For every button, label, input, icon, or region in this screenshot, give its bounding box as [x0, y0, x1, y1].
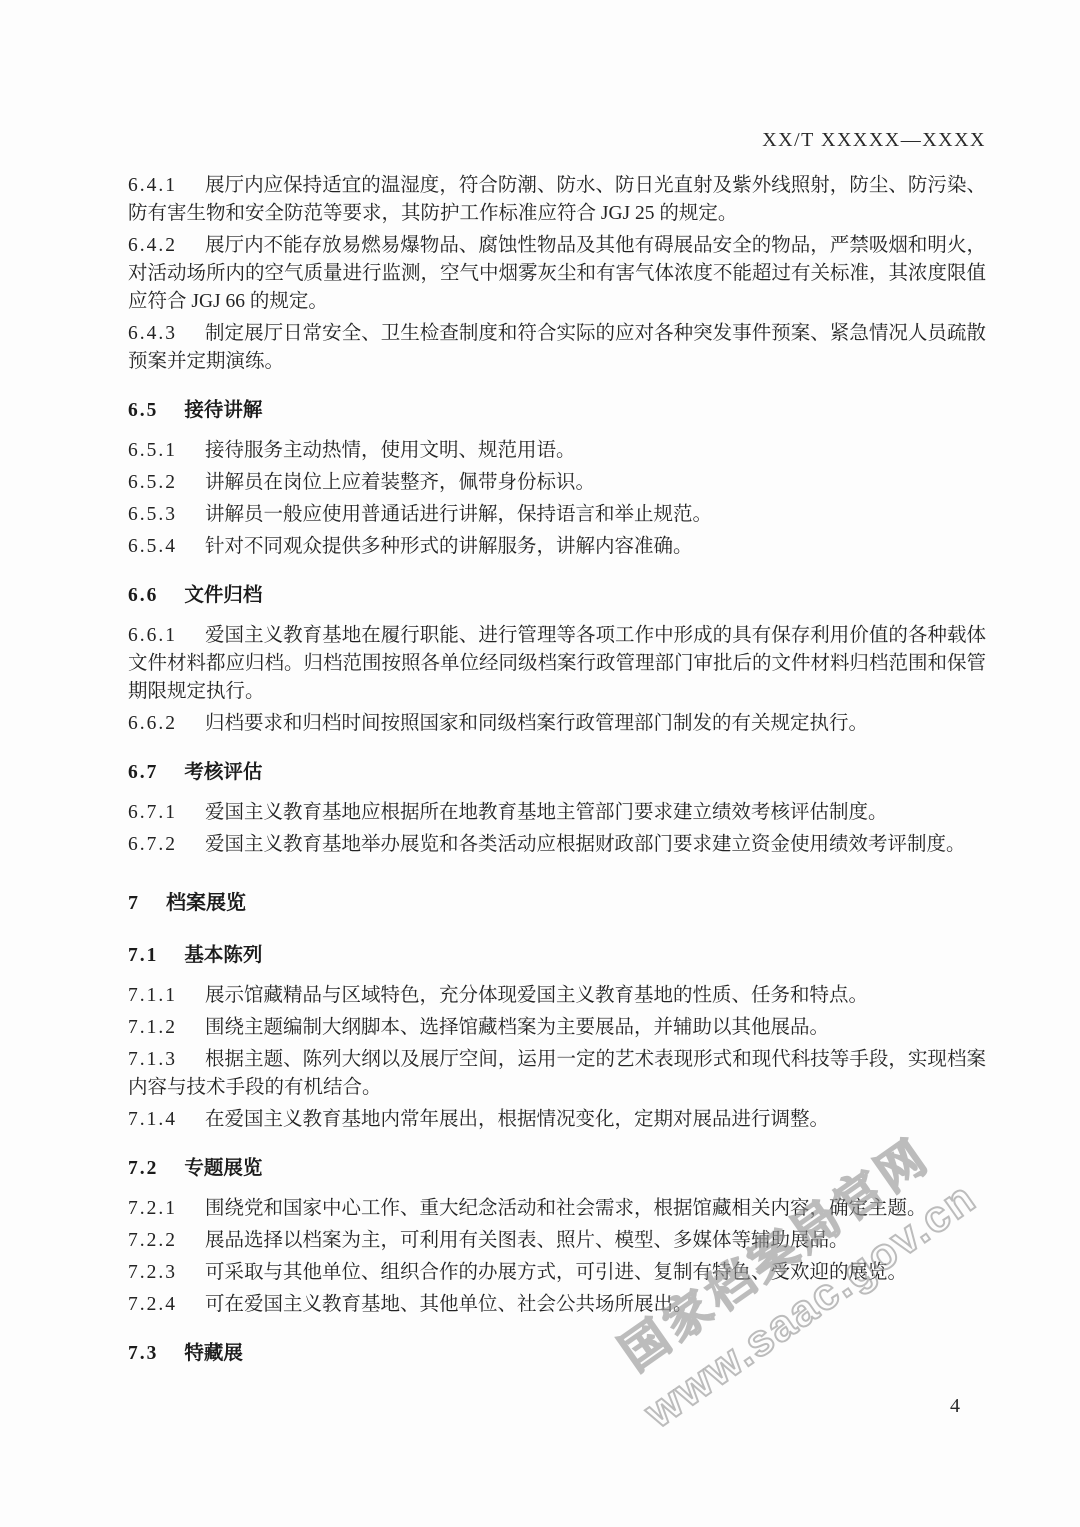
clause-text: 围绕党和国家中心工作、重大纪念活动和社会需求，根据馆藏相关内容，确定主题。 [205, 1198, 927, 1219]
clause-text: 针对不同观众提供多种形式的讲解服务，讲解内容准确。 [205, 536, 693, 557]
clause-number: 6.5.3 [128, 504, 177, 525]
section-heading-7.3: 7.3特藏展 [128, 1339, 986, 1368]
clause-number: 6.6 [128, 585, 158, 606]
clause-6.5.4: 6.5.4针对不同观众提供多种形式的讲解服务，讲解内容准确。 [128, 533, 986, 561]
clause-number: 7.1.4 [128, 1109, 177, 1130]
clause-7.2.2: 7.2.2展品选择以档案为主，可利用有关图表、照片、模型、多媒体等辅助展品。 [128, 1227, 986, 1255]
clause-text: 制定展厅日常安全、卫生检查制度和符合实际的应对各种突发事件预案、紧急情况人员疏散… [128, 323, 986, 372]
clause-text: 展示馆藏精品与区域特色，充分体现爱国主义教育基地的性质、任务和特点。 [205, 985, 868, 1006]
clause-number: 6.5.2 [128, 472, 177, 493]
clause-6.4.2: 6.4.2展厅内不能存放易燃易爆物品、腐蚀性物品及其他有碍展品安全的物品，严禁吸… [128, 232, 986, 316]
section-heading-6.7: 6.7考核评估 [128, 758, 986, 787]
clause-7.2.1: 7.2.1围绕党和国家中心工作、重大纪念活动和社会需求，根据馆藏相关内容，确定主… [128, 1195, 986, 1223]
clause-number: 6.5.4 [128, 536, 177, 557]
clause-number: 6.4.3 [128, 323, 177, 344]
clause-text: 根据主题、陈列大纲以及展厅空间，运用一定的艺术表现形式和现代科技等手段，实现档案… [128, 1049, 986, 1098]
clause-6.5.3: 6.5.3讲解员一般应使用普通话进行讲解，保持语言和举止规范。 [128, 501, 986, 529]
clause-7.2.3: 7.2.3可采取与其他单位、组织合作的办展方式，可引进、复制有特色、受欢迎的展览… [128, 1259, 986, 1287]
section-title: 特藏展 [184, 1342, 243, 1364]
clause-6.6.1: 6.6.1爱国主义教育基地在履行职能、进行管理等各项工作中形成的具有保存利用价值… [128, 622, 986, 706]
section-title: 考核评估 [184, 761, 262, 783]
clause-7.1.4: 7.1.4在爱国主义教育基地内常年展出，根据情况变化，定期对展品进行调整。 [128, 1106, 986, 1134]
clause-6.7.2: 6.7.2爱国主义教育基地举办展览和各类活动应根据财政部门要求建立资金使用绩效考… [128, 831, 986, 859]
clause-text: 在爱国主义教育基地内常年展出，根据情况变化，定期对展品进行调整。 [205, 1109, 829, 1130]
clause-text: 爱国主义教育基地举办展览和各类活动应根据财政部门要求建立资金使用绩效考评制度。 [205, 834, 966, 855]
clause-number: 7.1 [128, 945, 158, 966]
clause-number: 7.2 [128, 1158, 158, 1179]
clause-text: 展品选择以档案为主，可利用有关图表、照片、模型、多媒体等辅助展品。 [205, 1230, 849, 1251]
doc-code-header: XX/T XXXXX—XXXX [762, 129, 986, 152]
chapter-title: 档案展览 [166, 892, 246, 914]
clause-number: 6.7.1 [128, 802, 177, 823]
clause-number: 6.6.1 [128, 625, 177, 646]
clause-number: 6.4.2 [128, 235, 177, 256]
clause-7.1.2: 7.1.2围绕主题编制大纲脚本、选择馆藏档案为主要展品，并辅助以其他展品。 [128, 1014, 986, 1042]
clause-6.4.1: 6.4.1展厅内应保持适宜的温湿度，符合防潮、防水、防日光直射及紫外线照射，防尘… [128, 172, 986, 228]
clause-number: 7.2.1 [128, 1198, 177, 1219]
clause-text: 爱国主义教育基地在履行职能、进行管理等各项工作中形成的具有保存利用价值的各种载体… [128, 625, 986, 702]
clause-text: 展厅内不能存放易燃易爆物品、腐蚀性物品及其他有碍展品安全的物品，严禁吸烟和明火，… [128, 235, 986, 312]
clause-number: 6.4.1 [128, 175, 177, 196]
clause-6.6.2: 6.6.2归档要求和归档时间按照国家和同级档案行政管理部门制发的有关规定执行。 [128, 710, 986, 738]
clause-6.7.1: 6.7.1爱国主义教育基地应根据所在地教育基地主管部门要求建立绩效考核评估制度。 [128, 799, 986, 827]
page-number: 4 [938, 1395, 972, 1418]
page: XX/T XXXXX—XXXX 6.4.1展厅内应保持适宜的温湿度，符合防潮、防… [0, 0, 1080, 1527]
clause-text: 接待服务主动热情，使用文明、规范用语。 [205, 440, 576, 461]
clause-6.5.1: 6.5.1接待服务主动热情，使用文明、规范用语。 [128, 437, 986, 465]
clause-text: 可采取与其他单位、组织合作的办展方式，可引进、复制有特色、受欢迎的展览。 [205, 1262, 907, 1283]
clause-number: 7.2.2 [128, 1230, 177, 1251]
section-title: 文件归档 [184, 584, 262, 606]
clause-6.5.2: 6.5.2讲解员在岗位上应着装整齐，佩带身份标识。 [128, 469, 986, 497]
clause-number: 6.7 [128, 762, 158, 783]
clause-number: 6.5 [128, 400, 158, 421]
section-title: 专题展览 [184, 1157, 262, 1179]
clause-7.1.3: 7.1.3根据主题、陈列大纲以及展厅空间，运用一定的艺术表现形式和现代科技等手段… [128, 1046, 986, 1102]
chapter-heading-7: 7档案展览 [128, 889, 986, 917]
clause-text: 讲解员在岗位上应着装整齐，佩带身份标识。 [205, 472, 595, 493]
section-heading-6.6: 6.6文件归档 [128, 581, 986, 610]
document-content: 6.4.1展厅内应保持适宜的温湿度，符合防潮、防水、防日光直射及紫外线照射，防尘… [128, 168, 986, 1380]
clause-number: 6.7.2 [128, 834, 177, 855]
clause-number: 6.5.1 [128, 440, 177, 461]
section-heading-7.2: 7.2专题展览 [128, 1154, 986, 1183]
section-heading-7.1: 7.1基本陈列 [128, 941, 986, 970]
clause-number: 7.3 [128, 1343, 158, 1364]
clause-text: 讲解员一般应使用普通话进行讲解，保持语言和举止规范。 [205, 504, 712, 525]
clause-number: 6.6.2 [128, 713, 177, 734]
clause-text: 围绕主题编制大纲脚本、选择馆藏档案为主要展品，并辅助以其他展品。 [205, 1017, 829, 1038]
clause-text: 归档要求和归档时间按照国家和同级档案行政管理部门制发的有关规定执行。 [205, 713, 868, 734]
clause-number: 7.1.2 [128, 1017, 177, 1038]
clause-number: 7.1.1 [128, 985, 177, 1006]
clause-text: 展厅内应保持适宜的温湿度，符合防潮、防水、防日光直射及紫外线照射，防尘、防污染、… [128, 175, 986, 224]
clause-number: 7.1.3 [128, 1049, 177, 1070]
clause-number: 7 [128, 892, 140, 914]
clause-6.4.3: 6.4.3制定展厅日常安全、卫生检查制度和符合实际的应对各种突发事件预案、紧急情… [128, 320, 986, 376]
section-title: 基本陈列 [184, 944, 262, 966]
section-title: 接待讲解 [184, 399, 262, 421]
clause-7.1.1: 7.1.1展示馆藏精品与区域特色，充分体现爱国主义教育基地的性质、任务和特点。 [128, 982, 986, 1010]
clause-7.2.4: 7.2.4可在爱国主义教育基地、其他单位、社会公共场所展出。 [128, 1291, 986, 1319]
clause-number: 7.2.4 [128, 1294, 177, 1315]
clause-number: 7.2.3 [128, 1262, 177, 1283]
section-heading-6.5: 6.5接待讲解 [128, 396, 986, 425]
clause-text: 爱国主义教育基地应根据所在地教育基地主管部门要求建立绩效考核评估制度。 [205, 802, 888, 823]
clause-text: 可在爱国主义教育基地、其他单位、社会公共场所展出。 [205, 1294, 693, 1315]
